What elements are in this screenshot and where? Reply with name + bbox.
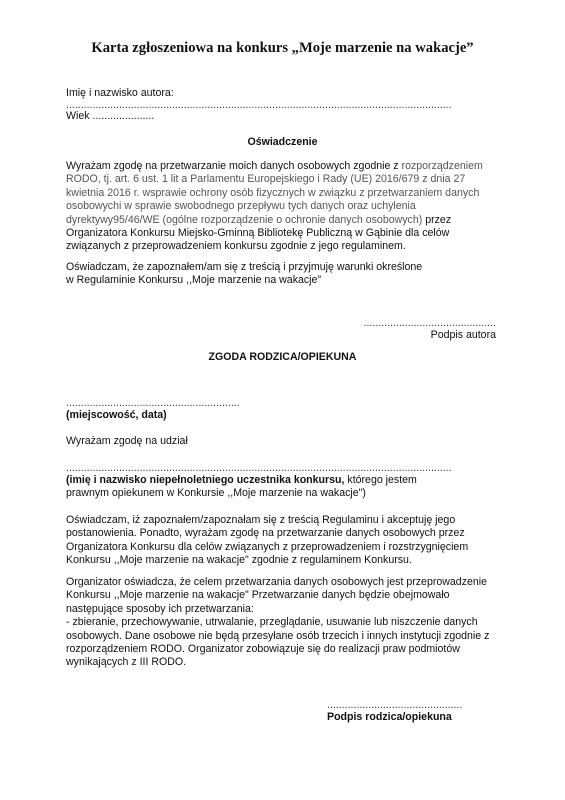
text-line: rozporządzeniem xyxy=(402,160,483,172)
parent-consent-paragraph-2: Organizator oświadcza, że celem przetwar… xyxy=(66,576,526,670)
participant-label: (imię i nazwisko niepełnoletniego uczest… xyxy=(66,474,526,501)
text-line: osobowych. Dane osobowe nie będą przesył… xyxy=(66,630,526,643)
text-line: (imię i nazwisko niepełnoletniego uczest… xyxy=(66,474,344,486)
declaration-paragraph-2: Oświadczam, że zapoznałem/am się z treśc… xyxy=(66,261,526,288)
text-line: związanych z przeprowadzeniem konkursu z… xyxy=(66,240,406,252)
place-date-label: (miejscowość, data) xyxy=(66,409,167,422)
text-line: następujące sposoby ich przetwarzania: xyxy=(66,603,526,616)
text-line: Organizatora Konkursu dla celów związany… xyxy=(66,541,526,554)
parent-consent-paragraph-1: Oświadczam, iż zapoznałem/zapoznałam się… xyxy=(66,514,526,568)
declaration-paragraph-1: Wyrażam zgodę na przetwarzanie moich dan… xyxy=(66,160,526,254)
text-line: Organizator oświadcza, że celem przetwar… xyxy=(66,576,526,589)
document-page: Karta zgłoszeniowa na konkurs „Moje marz… xyxy=(0,0,565,800)
age-field[interactable]: Wiek ..................... xyxy=(66,110,154,123)
text-line: Oświadczam, że zapoznałem/am się z treśc… xyxy=(66,261,526,274)
text-line: przez xyxy=(422,214,451,226)
text-line: którego jestem xyxy=(344,474,416,486)
text-line: osobowychi w sprawie swobodnego przepływ… xyxy=(66,200,416,212)
text-line: postanowienia. Ponadto, wyrażam zgodę na… xyxy=(66,527,526,540)
consent-intro: Wyrażam zgodę na udział xyxy=(66,435,188,448)
text-line: - zbieranie, przechowywanie, utrwalanie,… xyxy=(66,616,526,629)
declaration-heading: Oświadczenie xyxy=(0,136,565,149)
text-line: Konkursu ,,Moje marzenie na wakacje" Prz… xyxy=(66,589,526,602)
text-line: Konkursu ,,Moje marzenie na wakacje" zgo… xyxy=(66,554,526,567)
text-line: w Regulaminie Konkursu ,,Moje marzenie n… xyxy=(66,274,526,287)
text-line: Organizatora Konkursu Miejsko-Gminną Bib… xyxy=(66,227,449,239)
text-line: Wyrażam zgodę na przetwarzanie moich dan… xyxy=(66,160,402,172)
text-line: dyrektywy95/46/WE (ogólne rozporządzenie… xyxy=(66,214,422,226)
text-line: rozporządzeniem RODO. Organizator zobowi… xyxy=(66,643,526,656)
text-line: prawnym opiekunem w Konkursie ,,Moje mar… xyxy=(66,487,526,500)
text-line: RODO, tj. art. 6 ust. 1 lit a Parlamentu… xyxy=(66,173,465,185)
parent-signature-label: Podpis rodzica/opiekuna xyxy=(327,711,452,724)
text-line: Oświadczam, iż zapoznałem/zapoznałam się… xyxy=(66,514,526,527)
text-line: kwietnia 2016 r. wsprawie ochrony osób f… xyxy=(66,187,479,199)
document-title: Karta zgłoszeniowa na konkurs „Moje marz… xyxy=(0,40,565,57)
text-line: wynikających z III RODO. xyxy=(66,656,526,669)
parent-consent-heading: ZGODA RODZICA/OPIEKUNA xyxy=(0,351,565,364)
author-signature-label: Podpis autora xyxy=(340,329,496,342)
